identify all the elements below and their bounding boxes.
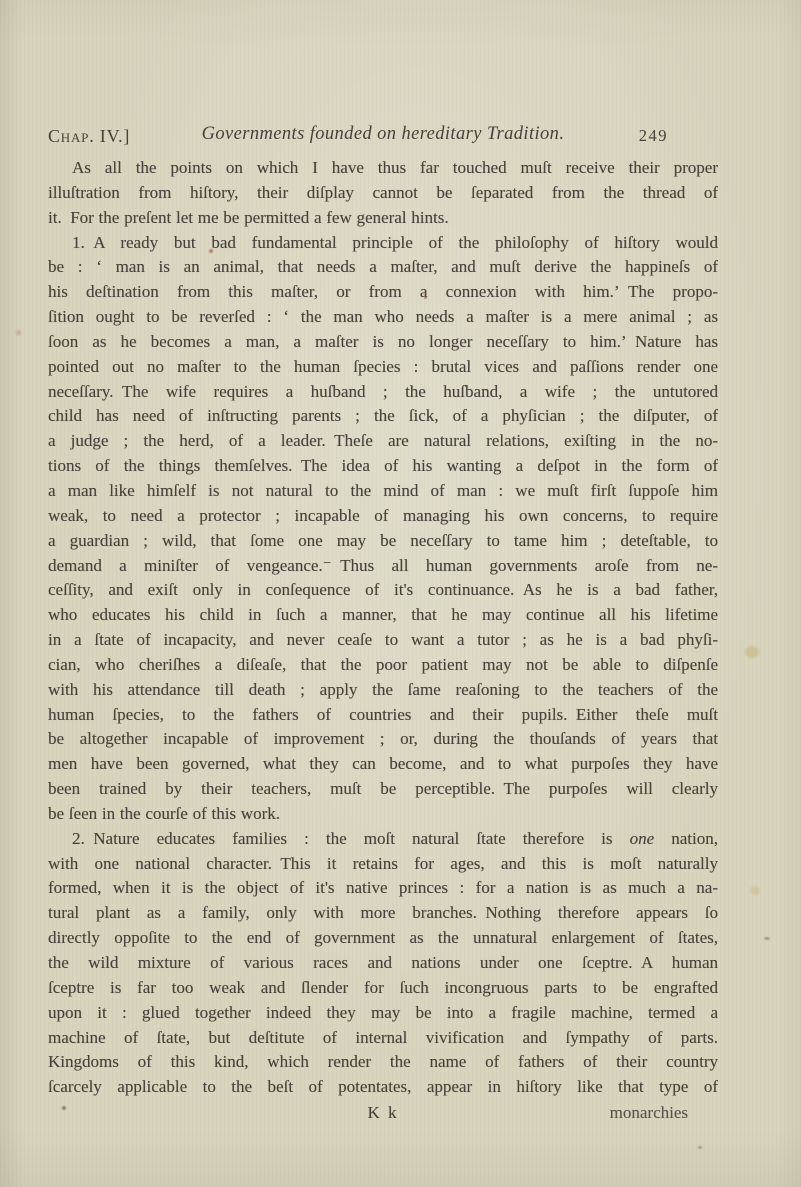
text-line: tions of the things themſelves. The idea… [48,454,718,479]
text-line: machine of ſtate, but deſtitute of inter… [48,1026,718,1051]
signature-line: K k monarchies [48,1103,718,1128]
text-line: with one national character. This it ret… [48,852,718,877]
text-line: Kingdoms of this kind, which render the … [48,1050,718,1075]
text-line: ſoon as he becomes a man, a maſter is no… [48,330,718,355]
text-line: men have been governed, what they can be… [48,752,718,777]
page-header: Chap. IV.] Governments founded on heredi… [48,124,718,152]
text-line: been trained by their teachers, muſt be … [48,777,718,802]
text-line: ſceptre is far too weak and ſlender for … [48,976,718,1001]
foxing-spot [62,1106,66,1110]
text-line: formed, when it is the object of it's na… [48,876,718,901]
text-line: a man like himſelf is not natural to the… [48,479,718,504]
body-text: As all the points on which I have thus f… [48,156,718,1100]
text-line: a guardian ; wild, that ſome one may be … [48,529,718,554]
catchword: monarchies [610,1103,688,1123]
text-line: cian, who cheriſhes a diſeaſe, that the … [48,653,718,678]
text-line: the wild mixture of various races and na… [48,951,718,976]
text-line: ſition ought to be reverſed : ‘ the man … [48,305,718,330]
text-line: 2. Nature educates families : the moſt n… [48,827,718,852]
text-line: directly oppoſite to the end of governme… [48,926,718,951]
text-line: upon it : glued together indeed they may… [48,1001,718,1026]
text-line: pointed out no maſter to the human ſpeci… [48,355,718,380]
text-line: neceſſary. The wife requires a huſband ;… [48,380,718,405]
text-line: As all the points on which I have thus f… [48,156,718,181]
page-number: 249 [639,126,668,146]
foxing-spot [16,330,21,335]
foxing-spot [764,937,770,940]
text-line: ſcarcely applicable to the beſt of poten… [48,1075,718,1100]
text-line: ceſſity, and exiſt only in conſequence o… [48,578,718,603]
foxing-spot [750,886,760,895]
text-line: it. For the preſent let me be permitted … [48,206,718,231]
foxing-spot [209,249,213,253]
text-line: his deſtination from this maſter, or fro… [48,280,718,305]
book-page-scan: Chap. IV.] Governments founded on heredi… [0,0,801,1187]
foxing-spot [424,296,427,299]
foxing-spot [698,1146,702,1149]
foxing-spot [745,646,759,658]
text-line: with his attendance till death ; apply t… [48,678,718,703]
text-line: 1. A ready but bad fundamental principle… [48,231,718,256]
text-line: who educates his child in ſuch a manner,… [48,603,718,628]
text-line: tural plant as a family, only with more … [48,901,718,926]
text-line: be : ‘ man is an animal, that needs a ma… [48,255,718,280]
running-title: Governments founded on hereditary Tradit… [48,124,718,145]
text-line: human ſpecies, to the fathers of countri… [48,703,718,728]
text-line: illuſtration from hiſtory, their diſplay… [48,181,718,206]
text-line: be ſeen in the courſe of this work. [48,802,718,827]
text-line: weak, to need a protector ; incapable of… [48,504,718,529]
text-line: be altogether incapable of improvement ;… [48,727,718,752]
text-line: in a ſtate of incapacity, and never ceaſ… [48,628,718,653]
text-line: child has need of inſtructing parents ; … [48,404,718,429]
text-line: a judge ; the herd, of a leader. Theſe a… [48,429,718,454]
text-line: demand a miniſter of vengeance.⁻ Thus al… [48,554,718,579]
